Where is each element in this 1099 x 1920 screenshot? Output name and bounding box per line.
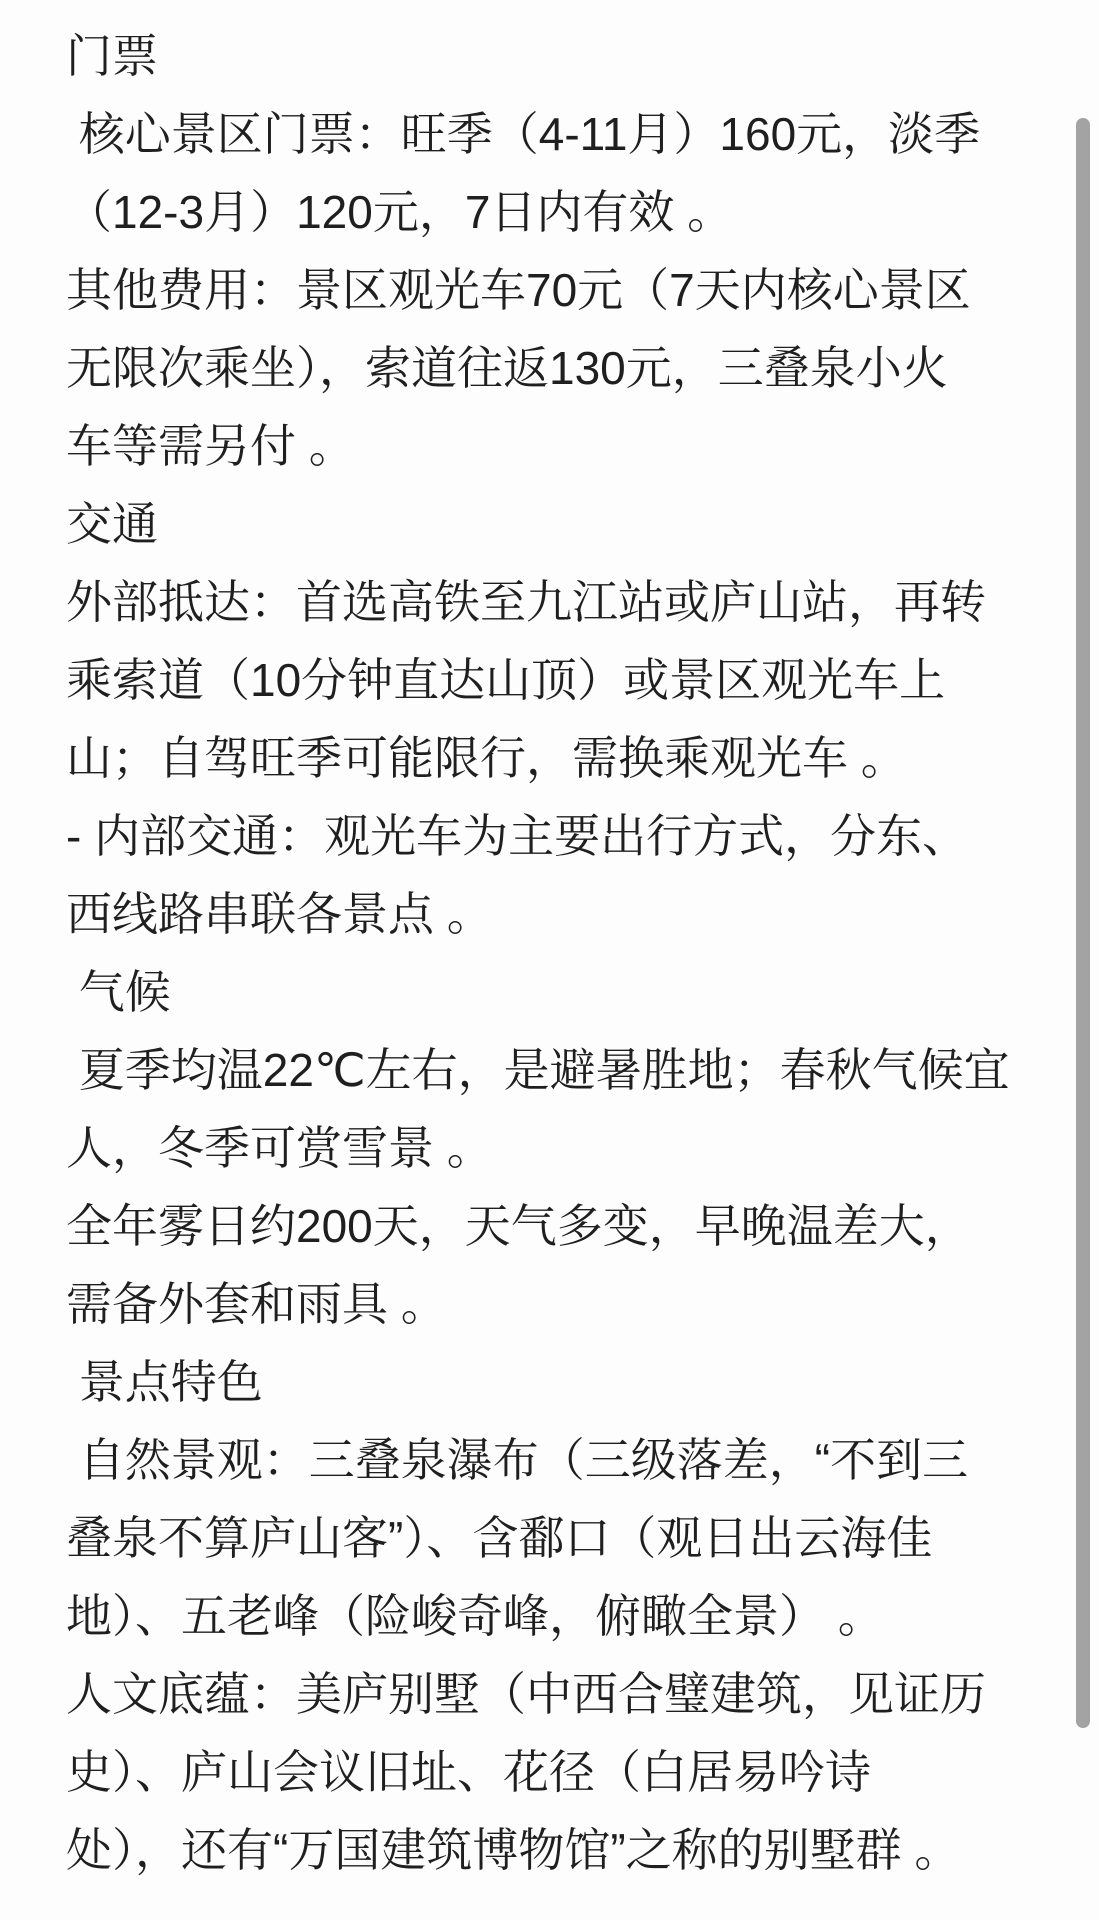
text-line: 西线路串联各景点 。 [66, 875, 1059, 953]
text-line: 车等需另付 。 [66, 407, 1059, 485]
text-line: 处），还有“万国建筑博物馆”之称的别墅群 。 [66, 1811, 1059, 1889]
text-line: 景点特色 [66, 1343, 1059, 1421]
text-line: 山；自驾旺季可能限行，需换乘观光车 。 [66, 719, 1059, 797]
text-line: 乘索道（10分钟直达山顶）或景区观光车上 [66, 641, 1059, 719]
scrollbar-thumb[interactable] [1076, 118, 1090, 1728]
text-line: 自然景观：三叠泉瀑布（三级落差，“不到三 [66, 1421, 1059, 1499]
text-line: 叠泉不算庐山客”）、含鄱口（观日出云海佳 [66, 1499, 1059, 1577]
text-line: 交通 [66, 485, 1059, 563]
text-line: 史）、庐山会议旧址、花径（白居易吟诗 [66, 1733, 1059, 1811]
text-line: 人，冬季可赏雪景 。 [66, 1109, 1059, 1187]
text-line: 全年雾日约200天，天气多变，早晚温差大， [66, 1187, 1059, 1265]
text-line: 无限次乘坐），索道往返130元，三叠泉小火 [66, 329, 1059, 407]
text-line: 需备外套和雨具 。 [66, 1265, 1059, 1343]
text-line: 核心景区门票：旺季（4-11月）160元，淡季 [66, 95, 1059, 173]
text-line: 地）、五老峰（险峻奇峰，俯瞰全景） 。 [66, 1577, 1059, 1655]
text-line: （12-3月）120元，7日内有效 。 [66, 173, 1059, 251]
text-line: 人文底蕴：美庐别墅（中西合璧建筑，见证历 [66, 1655, 1059, 1733]
text-line: 其他费用：景区观光车70元（7天内核心景区 [66, 251, 1059, 329]
text-container[interactable]: 门票 核心景区门票：旺季（4-11月）160元，淡季（12-3月）120元，7日… [66, 17, 1059, 1889]
text-page: 门票 核心景区门票：旺季（4-11月）160元，淡季（12-3月）120元，7日… [0, 0, 1099, 1920]
text-line: 夏季均温22℃左右，是避暑胜地；春秋气候宜 [66, 1031, 1059, 1109]
text-line: - 内部交通：观光车为主要出行方式，分东、 [66, 797, 1059, 875]
text-line: 门票 [66, 17, 1059, 95]
text-line: 外部抵达：首选高铁至九江站或庐山站，再转 [66, 563, 1059, 641]
text-line: 气候 [66, 953, 1059, 1031]
